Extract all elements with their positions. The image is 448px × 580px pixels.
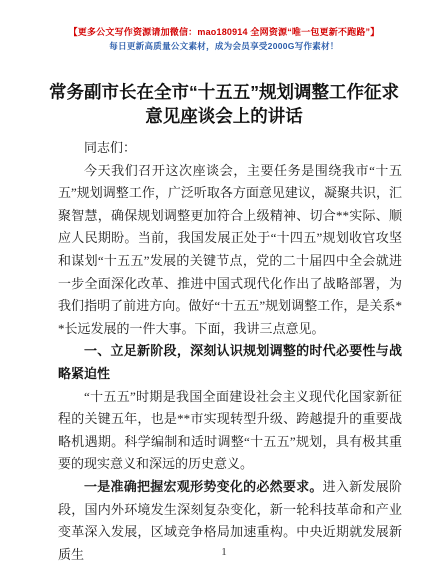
paragraph-intro: 今天我们召开这次座谈会，主要任务是围绕我市“十五五”规划调整工作，广泛听取各方面…: [58, 160, 402, 341]
document-title: 常务副市长在全市“十五五”规划调整工作征求意见座谈会上的讲话: [45, 80, 403, 128]
paragraph-section-heading: 一、立足新阶段，深刻认识规划调整的时代必要性与战略紧迫性: [58, 340, 402, 385]
paragraph-salutation: 同志们：: [58, 137, 402, 160]
paragraph-section-body: “十五五”时期是我国全面建设社会主义现代化国家新征程的关键五年，也是**市实现转…: [58, 386, 402, 476]
promo-header: 【更多公文写作资源请加微信：mao180914 全网资源“唯一包更新不跑路”】 …: [0, 0, 448, 52]
document-page: 【更多公文写作资源请加微信：mao180914 全网资源“唯一包更新不跑路”】 …: [0, 0, 448, 580]
page-number: 1: [0, 546, 448, 558]
paragraph-point-one-lead: 一是准确把握宏观形势变化的必然要求。: [84, 479, 323, 494]
promo-line-blue: 每日更新高质量公文素材，成为会员享受2000G写作素材！: [0, 40, 448, 52]
promo-line-red: 【更多公文写作资源请加微信：mao180914 全网资源“唯一包更新不跑路”】: [0, 26, 448, 39]
document-body: 同志们： 今天我们召开这次座谈会，主要任务是围绕我市“十五五”规划调整工作，广泛…: [58, 137, 402, 566]
